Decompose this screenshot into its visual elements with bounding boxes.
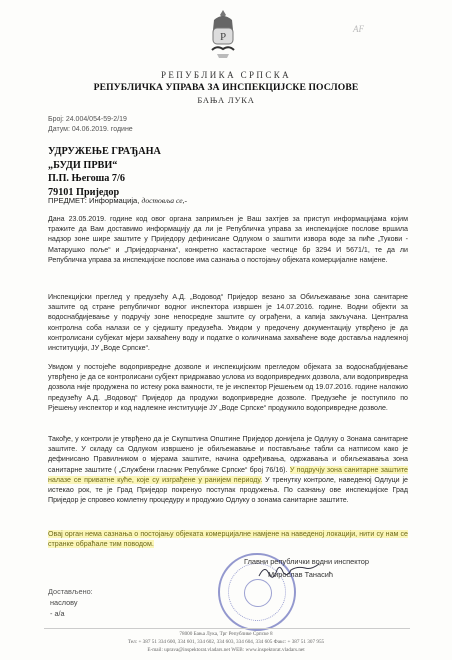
delivered-item: - а/а	[48, 608, 93, 619]
coat-of-arms-icon: Р	[208, 8, 238, 60]
subject-label: ПРЕДМЕТ: Информација,	[48, 196, 139, 205]
scanned-letter: Р AF РЕПУБЛИКА СРПСКА РЕПУБЛИЧКА УПРАВА …	[0, 0, 452, 660]
footer-divider	[44, 628, 410, 629]
recipient-line: П.П. Његоша 7/6	[48, 172, 161, 186]
subject-value: достовља се,-	[142, 196, 188, 205]
recipient-address: УДРУЖЕЊЕ ГРАЂАНА „БУДИ ПРВИ“ П.П. Његоша…	[48, 145, 161, 199]
reference-date: Датум: 04.06.2019. године	[48, 126, 133, 133]
reference-number: Број: 24.004/054-59-2/19	[48, 116, 127, 123]
letterhead-agency: РЕПУБЛИЧКА УПРАВА ЗА ИНСПЕКЦИЈСКЕ ПОСЛОВ…	[0, 82, 452, 93]
footer-contact: E-mail: uprava@inspektorat.vladars.net W…	[0, 647, 452, 653]
subject-line: ПРЕДМЕТ: Информација, достовља се,-	[48, 196, 187, 205]
delivered-item: наслову	[48, 597, 93, 608]
highlighted-text: Овај орган нема сазнања о постојању обје…	[48, 530, 408, 548]
recipient-line: „БУДИ ПРВИ“	[48, 159, 161, 173]
body-paragraph-3: Увидом у постојеће водопривредне дозволе…	[48, 362, 408, 413]
handwritten-signature-icon	[255, 562, 325, 582]
svg-text:Р: Р	[220, 31, 226, 43]
footer-phones: Тел: + 387 51 334 600, 334 601, 334 602,…	[0, 639, 452, 645]
recipient-line: УДРУЖЕЊЕ ГРАЂАНА	[48, 145, 161, 159]
body-paragraph-4: Такође, у контроли је утврђено да је Ску…	[48, 434, 408, 505]
handwritten-mark: AF	[353, 24, 364, 34]
delivered-to: Достављено: наслову - а/а	[48, 586, 93, 619]
body-paragraph-5: Овај орган нема сазнања о постојању обје…	[48, 529, 408, 549]
letterhead-country: РЕПУБЛИКА СРПСКА	[0, 70, 452, 80]
body-paragraph-1: Дана 23.05.2019. године код овог органа …	[48, 214, 408, 265]
body-paragraph-2: Инспекцијски преглед у предузећу А.Д. „В…	[48, 292, 408, 353]
letterhead-city: БАЊА ЛУКА	[0, 95, 452, 105]
stamp-emblem	[244, 579, 272, 607]
footer-address: 78000 Бања Лука, Трг Републике Српске 8	[0, 631, 452, 637]
delivered-label: Достављено:	[48, 587, 93, 596]
